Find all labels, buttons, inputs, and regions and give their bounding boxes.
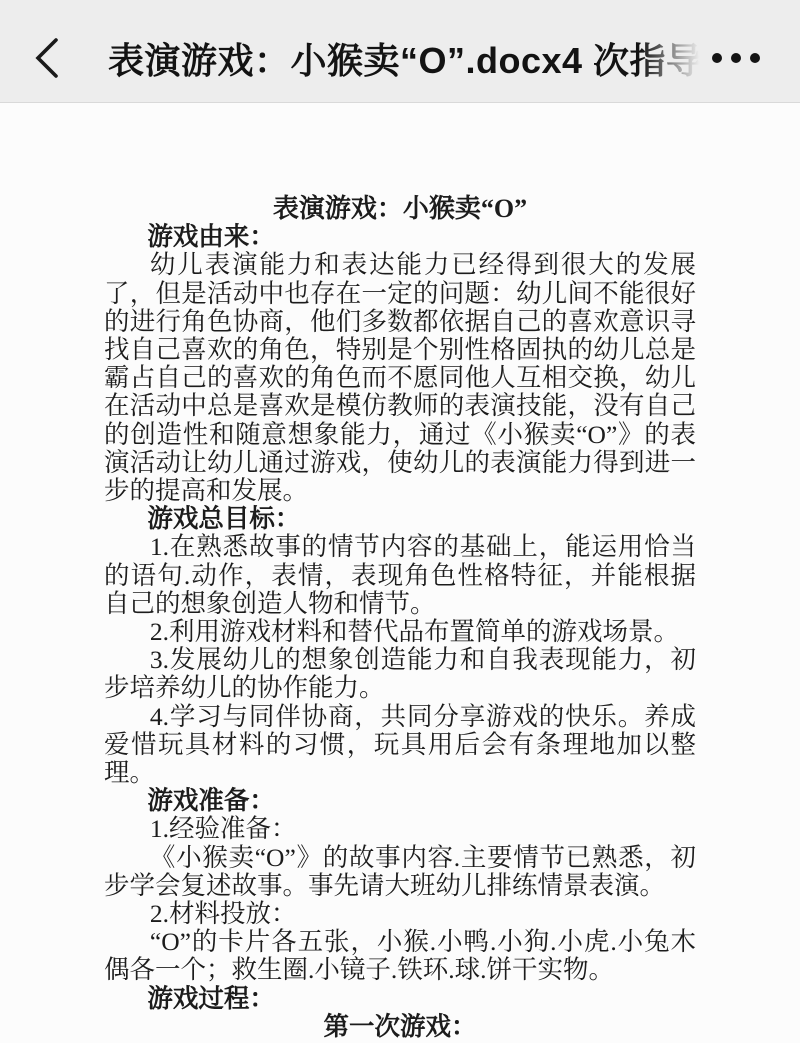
- doc-heading: 游戏准备：: [104, 787, 696, 815]
- doc-center-heading: 第一次游戏：: [104, 1013, 696, 1041]
- doc-para: 1.经验准备：: [104, 815, 696, 843]
- doc-para: 1.在熟悉故事的情节内容的基础上，能运用恰当的语句.动作，表情，表现角色性格特征…: [104, 533, 696, 618]
- doc-para: 3.发展幼儿的想象创造能力和自我表现能力，初步培养幼儿的协作能力。: [104, 646, 696, 702]
- doc-para: “O”的卡片各五张，小猴.小鸭.小狗.小虎.小兔木偶各一个；救生圈.小镜子.铁环…: [104, 928, 696, 984]
- navigation-bar: 表演游戏：小猴卖“O”.docx4 次指导: [0, 0, 800, 103]
- document-title-text: 表演游戏：小猴卖“O”.docx4 次指导: [108, 40, 703, 81]
- ellipsis-icon: [731, 53, 741, 63]
- doc-para: 《小猴卖“O”》的故事内容.主要情节已熟悉，初步学会复述故事。事先请大班幼儿排练…: [104, 844, 696, 900]
- doc-heading: 游戏过程：: [104, 985, 696, 1013]
- back-button[interactable]: [30, 35, 64, 81]
- doc-para: 幼儿表演能力和表达能力已经得到很大的发展了，但是活动中也存在一定的问题：幼儿间不…: [104, 251, 696, 505]
- doc-heading: 游戏总目标：: [104, 505, 696, 533]
- ellipsis-icon: [750, 53, 760, 63]
- more-menu-button[interactable]: [710, 41, 762, 75]
- document-title-bar: 表演游戏：小猴卖“O”.docx4 次指导: [108, 33, 710, 84]
- doc-heading: 游戏由来：: [104, 223, 696, 251]
- doc-para: 2.材料投放：: [104, 900, 696, 928]
- ellipsis-icon: [712, 53, 722, 63]
- document-body: 表演游戏：小猴卖“O”游戏由来：幼儿表演能力和表达能力已经得到很大的发展了，但是…: [104, 195, 696, 1041]
- document-viewer: 表演游戏：小猴卖“O”游戏由来：幼儿表演能力和表达能力已经得到很大的发展了，但是…: [0, 103, 800, 1043]
- doc-para: 2.利用游戏材料和替代品布置简单的游戏场景。: [104, 618, 696, 646]
- chevron-left-icon: [32, 36, 62, 80]
- doc-para: 4.学习与同伴协商，共同分享游戏的快乐。养成爱惜玩具材料的习惯，玩具用后会有条理…: [104, 703, 696, 788]
- doc-doc-title: 表演游戏：小猴卖“O”: [104, 195, 696, 223]
